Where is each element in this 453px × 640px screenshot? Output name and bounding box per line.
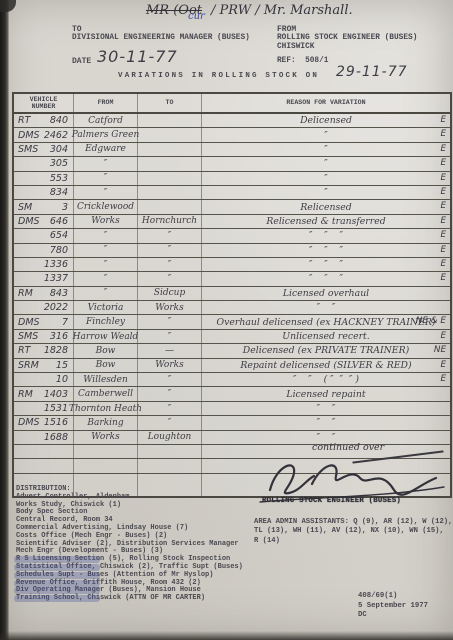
table-row: 305 ″ ″E [14, 157, 450, 171]
vehicle-cell: 1336 [14, 258, 74, 271]
from-cell: Catford [74, 114, 138, 127]
vehicle-number: 316 [50, 331, 68, 342]
reason-text: Licensed overhaul [283, 288, 369, 299]
vehicle-cell: 1337 [14, 272, 74, 285]
to-cell: ″ [138, 387, 202, 400]
from-cell: Barking [74, 416, 138, 429]
vehicle-cell: RT840 [14, 114, 74, 127]
reason-cell: ″ ″ ″E [202, 229, 450, 242]
reason-text: ″ [324, 187, 327, 198]
from-cell: ″ [74, 229, 138, 242]
vehicle-class: RT [18, 345, 30, 356]
vehicle-cell: SM3 [14, 200, 74, 213]
table-row: 1531 Thornton Heath ″ ″ ″ [14, 402, 450, 416]
from-cell: ″ [74, 272, 138, 285]
vehicle-cell [14, 445, 74, 458]
reason-cell: Licensed repaint [202, 387, 450, 400]
vehicle-cell: SRM15 [14, 359, 74, 372]
engineer-code: E [440, 144, 446, 154]
engineer-code: E [440, 158, 446, 168]
to-cell: ″ [138, 272, 202, 285]
reason-text: ″ ″ ″ [309, 273, 343, 284]
annotation-rest-text: / PRW / Mr. Marshall. [207, 3, 353, 18]
area-admin-line: R (14) [254, 537, 452, 546]
reason-text: Delicensed [300, 115, 352, 126]
vehicle-cell: 1688 [14, 431, 74, 444]
reason-cell: ″ ″ ( ″ ″ ″ )E [202, 373, 450, 386]
to-cell: ″ [138, 315, 202, 328]
from-cell: Camberwell [74, 387, 138, 400]
engineer-code: E [440, 273, 446, 283]
vehicle-cell: 553 [14, 172, 74, 185]
area-admin-assistants: AREA ADMIN ASSISTANTS: Q (9), AR (12), W… [254, 518, 452, 546]
from-cell: Harrow Weald [74, 330, 138, 343]
from-cell: Cricklewood [74, 200, 138, 213]
table-row: 834 ″ ″E [14, 186, 450, 200]
table-row: SMS316 Harrow Weald ″ Unlicensed recert.… [14, 330, 450, 344]
reason-cell: ″ ″ [202, 301, 450, 314]
vehicle-number: 780 [50, 245, 68, 256]
vehicle-cell: SMS316 [14, 330, 74, 343]
reason-text: Relicensed & transferred [266, 216, 385, 227]
vehicle-class: SMS [18, 144, 38, 155]
from-cell: Victoria [74, 301, 138, 314]
reason-text: ″ [324, 130, 327, 141]
vehicle-number: 654 [50, 230, 68, 241]
table-row: SMS304 Edgware ″E [14, 143, 450, 157]
from-cell: Palmers Green [74, 128, 138, 141]
from-cell: ″ [74, 157, 138, 170]
distribution-list: Advert Controller, Aldenham Works Study,… [16, 494, 243, 603]
engineer-code: E [440, 360, 446, 370]
column-header-vehicle-number: VEHICLE NUMBER [14, 94, 74, 112]
reason-cell: ″E [202, 143, 450, 156]
distribution-block: DISTRIBUTION: Advert Controller, Aldenha… [16, 486, 243, 603]
reason-cell: ″ ″ ″E [202, 272, 450, 285]
from-cell [74, 459, 138, 472]
engineer-code: E [440, 187, 446, 197]
title-handwritten-date: 29-11-77 [336, 64, 408, 80]
column-header-reason: REASON FOR VARIATION [202, 94, 450, 112]
reason-text: Relicensed [300, 202, 351, 213]
date-label: DATE [72, 57, 91, 66]
reason-text: ″ ″ ( ″ ″ ″ ) [293, 374, 359, 385]
vehicle-cell: DMS1516 [14, 416, 74, 429]
vehicle-number: 834 [50, 187, 68, 198]
reason-text: Overhaul delicensed (ex HACKNEY TRAINER) [217, 317, 436, 328]
vehicle-number: 1403 [44, 389, 68, 400]
from-cell: Finchley [74, 315, 138, 328]
engineer-code: E [440, 201, 446, 211]
reason-cell: ″ ″ [202, 416, 450, 429]
to-cell [138, 157, 202, 170]
vehicle-number: 305 [50, 158, 68, 169]
engineer-code: E [440, 115, 446, 125]
column-header-to: TO [138, 94, 202, 112]
vehicle-cell: 305 [14, 157, 74, 170]
table-body: RT840 Catford DelicensedE DMS2462 Palmer… [14, 114, 450, 496]
reason-text: Delicensed (ex PRIVATE TRAINER) [243, 345, 409, 356]
area-admin-line: AREA ADMIN ASSISTANTS: Q (9), AR (12), W… [254, 518, 452, 527]
scan-corner-smudge [0, 0, 16, 12]
reason-cell: ″E [202, 186, 450, 199]
reason-cell: RelicensedE [202, 200, 450, 213]
vehicle-class: SM [18, 202, 32, 213]
variations-table: VEHICLE NUMBER FROM TO REASON FOR VARIAT… [12, 92, 452, 498]
to-cell: ″ [138, 244, 202, 257]
reason-cell: ″ ″ [202, 402, 450, 415]
from-cell [74, 445, 138, 458]
from-value-line1: ROLLING STOCK ENGINEER (BUSES) [277, 34, 417, 42]
date-handwritten-value: 30-11-77 [97, 47, 178, 66]
table-row: DMS646 Works Hornchurch Relicensed & tra… [14, 215, 450, 229]
reason-text: ″ ″ [317, 302, 336, 313]
top-handwritten-annotation: MR (Ootcur / PRW / Mr. Marshall. [146, 3, 353, 18]
vehicle-number: 843 [50, 288, 68, 299]
from-value-line2: CHISWICK [277, 43, 314, 51]
vehicle-class: SMS [18, 331, 38, 342]
table-row: DMS1516 Barking ″ ″ ″ [14, 416, 450, 430]
engineer-code: E [440, 331, 446, 341]
to-cell [138, 128, 202, 141]
vehicle-number: 10 [56, 374, 68, 385]
table-row: 654 ″ ″ ″ ″ ″E [14, 229, 450, 243]
from-label: FROM [277, 25, 296, 34]
reason-text: ″ ″ [317, 403, 336, 414]
table-row: DMS2462 Palmers Green ″E [14, 128, 450, 142]
reason-cell: ″ ″ ″E [202, 258, 450, 271]
vehicle-number: 1531 [44, 403, 68, 414]
table-row: SM3 Cricklewood RelicensedE [14, 200, 450, 214]
vehicle-cell: RM843 [14, 287, 74, 300]
area-admin-line: TL (13), WH (11), AV (12), NX (10), WN (… [254, 527, 452, 536]
ref-value: 508/1 [305, 57, 328, 65]
vehicle-number: 1516 [44, 417, 68, 428]
reason-cell: Overhaul delicensed (ex HACKNEY TRAINER)… [202, 315, 450, 328]
reason-cell: Unlicensed recert.E [202, 330, 450, 343]
vehicle-class: RM [18, 389, 33, 400]
vehicle-cell: RM1403 [14, 387, 74, 400]
to-cell [138, 114, 202, 127]
table-row: RT1828 Bow — Delicensed (ex PRIVATE TRAI… [14, 344, 450, 358]
to-cell [138, 459, 202, 472]
from-cell: Works [74, 215, 138, 228]
from-cell: Thornton Heath [74, 402, 138, 415]
distribution-line: Training School, Chiswick (ATTN OF MR CA… [16, 595, 243, 603]
scan-edge-bottom [0, 631, 453, 640]
reason-cell: ″E [202, 157, 450, 170]
to-cell: ″ [138, 229, 202, 242]
vehicle-number: 1336 [44, 259, 68, 270]
vehicle-class: DMS [18, 417, 40, 428]
reason-cell: ″ ″ ″E [202, 244, 450, 257]
engineer-code: E [440, 216, 446, 226]
vehicle-number: 840 [50, 115, 68, 126]
engineer-code: E [440, 129, 446, 139]
reason-cell: Relicensed & transferredE [202, 215, 450, 228]
vehicle-cell: 780 [14, 244, 74, 257]
from-cell: ″ [74, 244, 138, 257]
from-cell: Bow [74, 359, 138, 372]
vehicle-cell: DMS2462 [14, 128, 74, 141]
to-cell: ″ [138, 373, 202, 386]
table-row: 1337 ″ ″ ″ ″ ″E [14, 272, 450, 286]
table-row: RM1403 Camberwell ″ Licensed repaint [14, 387, 450, 401]
engineer-code: NE & E [416, 316, 446, 326]
reason-text: ″ ″ [317, 417, 336, 428]
reason-text: ″ ″ ″ [309, 245, 343, 256]
vehicle-class: RT [18, 115, 30, 126]
reason-text: Unlicensed recert. [282, 331, 369, 342]
table-row: 553 ″ ″E [14, 172, 450, 186]
column-header-from: FROM [74, 94, 138, 112]
to-value: DIVISIONAL ENGINEERING MANAGER (BUSES) [72, 34, 250, 42]
to-cell: Works [138, 301, 202, 314]
from-cell: ″ [74, 258, 138, 271]
table-row: 1336 ″ ″ ″ ″ ″E [14, 258, 450, 272]
vehicle-number: 2022 [44, 302, 68, 313]
vehicle-number: 7 [62, 317, 68, 328]
vehicle-class: DMS [18, 317, 40, 328]
reason-cell: ″E [202, 128, 450, 141]
ref-line: REF: 508/1 [277, 57, 328, 65]
to-cell: — [138, 344, 202, 357]
from-cell: ″ [74, 172, 138, 185]
vehicle-cell: DMS7 [14, 315, 74, 328]
vehicle-number: 304 [50, 144, 68, 155]
to-cell: Works [138, 359, 202, 372]
engineer-code: E [440, 230, 446, 240]
vehicle-cell: 834 [14, 186, 74, 199]
reason-text: Repaint delicensed (SILVER & RED) [240, 360, 411, 371]
reason-text: ″ ″ ″ [309, 259, 343, 270]
to-cell: Sidcup [138, 287, 202, 300]
to-cell [138, 445, 202, 458]
vehicle-cell: 654 [14, 229, 74, 242]
vehicle-number: 1337 [44, 273, 68, 284]
to-cell: Hornchurch [138, 215, 202, 228]
table-row: 10 Willesden ″ ″ ″ ( ″ ″ ″ )E [14, 373, 450, 387]
table-row: 1688 Works Loughton ″ ″ [14, 431, 450, 445]
vehicle-number: 1828 [44, 345, 68, 356]
table-row: DMS7 Finchley ″ Overhaul delicensed (ex … [14, 315, 450, 329]
to-cell: Loughton [138, 431, 202, 444]
reference-initials: DC [358, 611, 428, 621]
engineer-code: E [440, 259, 446, 269]
reference-block: 408/69(1) 5 September 1977 DC [358, 592, 428, 621]
table-row: RT840 Catford DelicensedE [14, 114, 450, 128]
table-row: 2022 Victoria Works ″ ″ [14, 301, 450, 315]
from-cell: ″ [74, 186, 138, 199]
vehicle-number: 1688 [44, 432, 68, 443]
vehicle-number: 15 [56, 360, 68, 371]
vehicle-number: 3 [62, 202, 68, 213]
from-cell: Willesden [74, 373, 138, 386]
vehicle-number: 553 [50, 173, 68, 184]
from-cell: ″ [74, 287, 138, 300]
reason-cell: DelicensedE [202, 114, 450, 127]
reference-number: 408/69(1) [358, 592, 428, 602]
to-cell: ″ [138, 416, 202, 429]
to-cell: ″ [138, 258, 202, 271]
vehicle-cell: RT1828 [14, 344, 74, 357]
scanned-memo-page: MR (Ootcur / PRW / Mr. Marshall. TO DIVI… [0, 0, 453, 640]
vehicle-number: 2462 [44, 130, 68, 141]
vehicle-cell [14, 459, 74, 472]
reference-date: 5 September 1977 [358, 602, 428, 612]
from-cell: Bow [74, 344, 138, 357]
table-row: 780 ″ ″ ″ ″ ″E [14, 244, 450, 258]
reason-cell: ″E [202, 172, 450, 185]
reason-text: ″ [324, 158, 327, 169]
table-header-row: VEHICLE NUMBER FROM TO REASON FOR VARIAT… [14, 94, 450, 114]
vehicle-cell: SMS304 [14, 143, 74, 156]
engineer-code: E [440, 245, 446, 255]
reason-text: Licensed repaint [286, 389, 365, 400]
stamp-rolling-stock-engineer: ROLLING STOCK ENGINEER (BUSES) [262, 497, 401, 505]
from-cell: Works [74, 431, 138, 444]
annotation-inserted-text: cur [188, 11, 205, 22]
to-cell: ″ [138, 402, 202, 415]
vehicle-class: DMS [18, 130, 40, 141]
document-title: VARIATIONS IN ROLLING STOCK ON [118, 72, 319, 80]
to-cell [138, 172, 202, 185]
to-label: TO [72, 25, 82, 34]
vehicle-class: DMS [18, 216, 40, 227]
reason-cell: Repaint delicensed (SILVER & RED)E [202, 359, 450, 372]
reason-text: ″ ″ ″ [309, 230, 343, 241]
reason-text: ″ [324, 144, 327, 155]
vehicle-cell: DMS646 [14, 215, 74, 228]
vehicle-cell: 1531 [14, 402, 74, 415]
reason-cell: Delicensed (ex PRIVATE TRAINER)NE [202, 344, 450, 357]
scan-edge-left [0, 0, 9, 640]
to-cell [138, 143, 202, 156]
engineer-code: E [440, 374, 446, 384]
engineer-code: NE [434, 345, 446, 355]
vehicle-cell: 2022 [14, 301, 74, 314]
reason-text: ″ [324, 173, 327, 184]
vehicle-number: 646 [50, 216, 68, 227]
vehicle-cell: 10 [14, 373, 74, 386]
ref-label: REF: [277, 57, 296, 65]
from-cell: Edgware [74, 143, 138, 156]
vehicle-class: SRM [18, 360, 39, 371]
table-row: RM843 ″ Sidcup Licensed overhaul [14, 287, 450, 301]
to-cell: ″ [138, 330, 202, 343]
engineer-code: E [440, 173, 446, 183]
vehicle-class: RM [18, 288, 33, 299]
reason-cell: Licensed overhaul [202, 287, 450, 300]
to-cell [138, 186, 202, 199]
table-row: SRM15 Bow Works Repaint delicensed (SILV… [14, 359, 450, 373]
to-cell [138, 200, 202, 213]
